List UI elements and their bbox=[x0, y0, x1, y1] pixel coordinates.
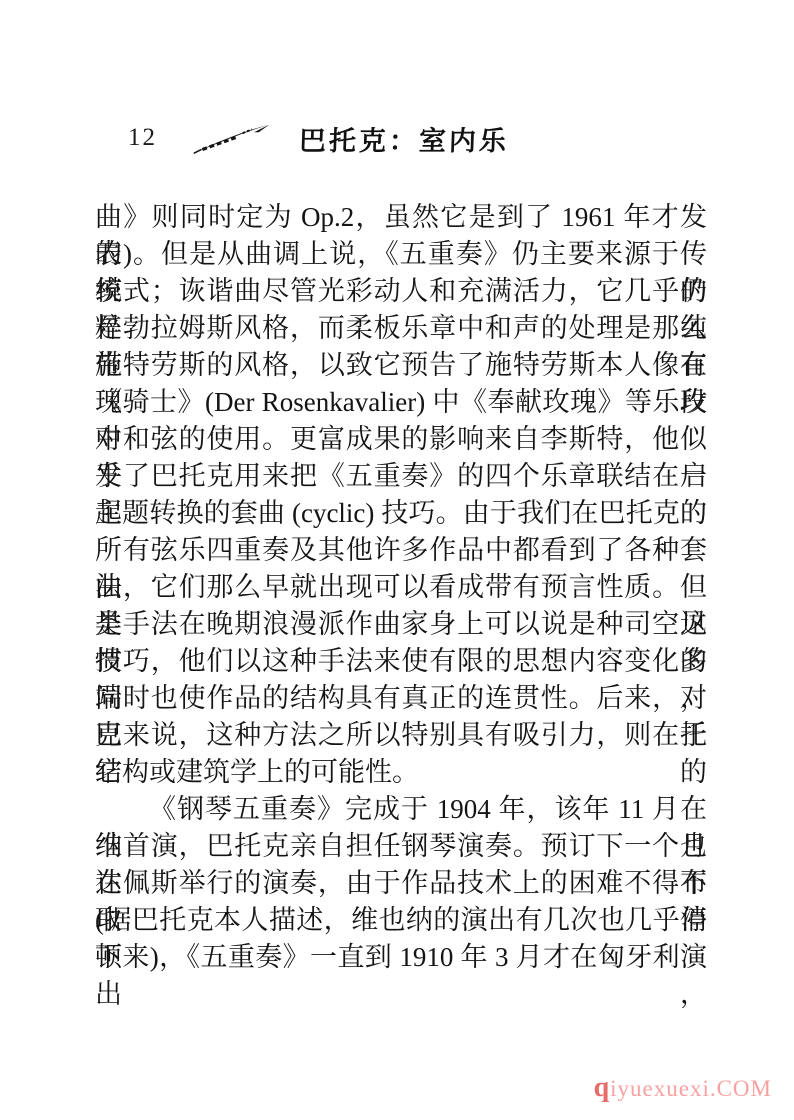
paragraph-piano-quintet: 《钢琴五重奏》完成于 1904 年，该年 11 月在维也纳首演，巴托克亲自担任钢… bbox=[95, 791, 707, 976]
text-line: 发了巴托克用来把《五重奏》的四个乐章联结在一起的 bbox=[95, 458, 707, 495]
book-page: 12 巴托克：室内乐 曲》则同时定为 Op.2，虽然它是到了 1961 年才发表… bbox=[0, 0, 794, 1120]
page-header: 12 巴托克：室内乐 bbox=[0, 116, 794, 160]
text-line: 类手法在晚期浪漫派作曲家身上可以说是种司空见惯的 bbox=[95, 606, 707, 643]
text-line: 达佩斯举行的演奏，由于作品技术上的困难不得不取消 bbox=[95, 865, 707, 902]
text-line: 技巧，他们以这种手法来使有限的思想内容变化多端， bbox=[95, 643, 707, 680]
watermark-lead-letter: q bbox=[594, 1072, 611, 1103]
watermark-text: iyuexuexi bbox=[610, 1076, 710, 1101]
text-line: 施特劳斯的风格，以致它预告了施特劳斯本人像在《玫 bbox=[95, 347, 707, 384]
site-watermark: qiyuexuexi.COM bbox=[594, 1072, 772, 1104]
text-line: 纳首演，巴托克亲自担任钢琴演奏。预订下一个月在布 bbox=[95, 828, 707, 865]
text-line: 对和弦的使用。更富成果的影响来自李斯特，他似乎启 bbox=[95, 421, 707, 458]
running-head-title: 巴托克：室内乐 bbox=[298, 119, 509, 158]
text-line: 克来说，这种方法之所以特别具有吸引力，则在于它的 bbox=[95, 717, 707, 754]
text-line: 模式；诙谐曲尽管光彩动人和充满活力，它几乎仍是纯 bbox=[95, 273, 707, 310]
text-line: 瑰骑士》(Der Rosenkavalier) 中《奉献玫瑰》等乐段中 bbox=[95, 384, 707, 421]
text-line: (据巴托克本人描述，维也纳的演出有几次也几乎停顿 bbox=[95, 902, 707, 939]
text-line: 同时也使作品的结构具有真正的连贯性。后来，对巴托 bbox=[95, 680, 707, 717]
watermark-tld: .COM bbox=[710, 1076, 772, 1101]
text-line: 的)。但是从曲调上说，《五重奏》仍主要来源于传统的 bbox=[95, 236, 707, 273]
text-line: 主题转换的套曲 (cyclic) 技巧。由于我们在巴托克的 bbox=[95, 495, 707, 532]
quill-stroke-icon bbox=[189, 121, 275, 155]
text-line: 法，它们那么早就出现可以看成带有预言性质。但是这 bbox=[95, 569, 707, 606]
text-line: 《钢琴五重奏》完成于 1904 年，该年 11 月在维也 bbox=[95, 791, 707, 828]
paragraph-continued: 曲》则同时定为 Op.2，虽然它是到了 1961 年才发表的)。但是从曲调上说，… bbox=[95, 199, 707, 791]
text-line: 曲》则同时定为 Op.2，虽然它是到了 1961 年才发表 bbox=[95, 199, 707, 236]
page-number: 12 bbox=[128, 124, 157, 152]
text-line: 下来)，《五重奏》一直到 1910 年 3 月才在匈牙利演出， bbox=[95, 939, 707, 976]
page-body: 曲》则同时定为 Op.2，虽然它是到了 1961 年才发表的)。但是从曲调上说，… bbox=[95, 199, 707, 976]
text-line: 所有弦乐四重奏及其他许多作品中都看到了各种套曲 bbox=[95, 532, 707, 569]
text-line: 粹勃拉姆斯风格，而柔板乐章中和声的处理是那么带有 bbox=[95, 310, 707, 347]
